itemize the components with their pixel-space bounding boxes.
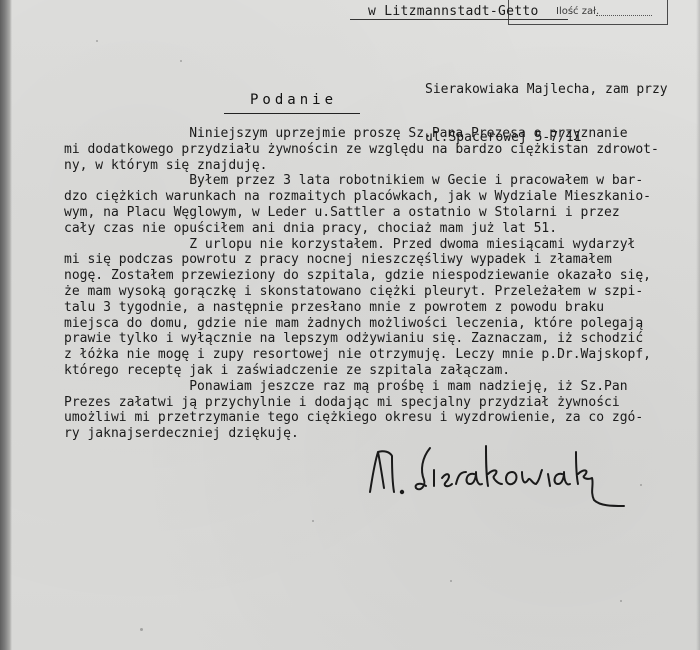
body-line: talu 3 tygodnie, a następnie przesłano m… (64, 300, 700, 316)
attachments-count-label: Ilość zał. (556, 6, 599, 17)
body-line: prawie tylko i wyłącznie na lepszym odży… (64, 331, 700, 347)
handwritten-signature: M. Sierakowiak (362, 440, 632, 510)
document-page: Ilość zał. w Litzmannstadt-Getto Sierako… (0, 0, 700, 650)
body-line: nogę. Zostałem przewieziony do szpitala,… (64, 268, 700, 284)
body-line: że mam wysoką gorączkę i skonstatowano c… (64, 284, 700, 300)
body-line: z łóżka nie mogę i zupy resortowej nie o… (64, 347, 700, 363)
paper-speck (96, 40, 98, 42)
paper-speck (180, 60, 182, 62)
body-line: którego receptę jak i zaświadczenie ze s… (64, 363, 700, 379)
body-line: Niniejszym uprzejmie proszę Sz.Pana Prez… (64, 126, 700, 142)
body-line: cały czas nie opuściłem ani dnia pracy, … (64, 221, 700, 237)
body-line: Prezes załatwi ją przychylnie i dodając … (64, 395, 700, 411)
addressee-underline (350, 19, 568, 20)
paper-speck (140, 628, 143, 631)
body-line: mi się podczas powrotu z pracy nocnej ni… (64, 252, 700, 268)
paper-speck (450, 580, 452, 582)
body-line: Ponawiam jeszcze raz mą prośbę i mam nad… (64, 379, 700, 395)
scan-left-edge (0, 0, 12, 650)
body-line: wym, na Placu Węglowym, w Leder u.Sattle… (64, 205, 700, 221)
body-line: umożliwi mi przetrzymanie tego ciężkiego… (64, 410, 700, 426)
body-line: ny, w którym się znajduję. (64, 158, 700, 174)
body-line: Z urlopu nie korzystałem. Przed dwoma mi… (64, 237, 700, 253)
document-title: Podanie (250, 92, 337, 108)
body-line: dzo ciężkich warunkach na rozmaitych pla… (64, 189, 700, 205)
body-line: miejsca do domu, gdzie nie mam żadnych m… (64, 316, 700, 332)
attachments-count-blank (596, 15, 652, 16)
body-line: Byłem przez 3 lata robotnikiem w Gecie i… (64, 173, 700, 189)
addressee-location: w Litzmannstadt-Getto (368, 4, 539, 19)
sender-name-line: Sierakowiaka Majlecha, zam przy (425, 82, 668, 98)
paper-speck (312, 520, 314, 522)
paper-speck (620, 600, 622, 602)
paper-speck (640, 484, 642, 486)
letter-body: Niniejszym uprzejmie proszę Sz.Pana Prez… (64, 126, 700, 442)
body-line: mi dodatkowego przydziału żywnościn ze w… (64, 142, 700, 158)
title-underline (224, 113, 360, 114)
